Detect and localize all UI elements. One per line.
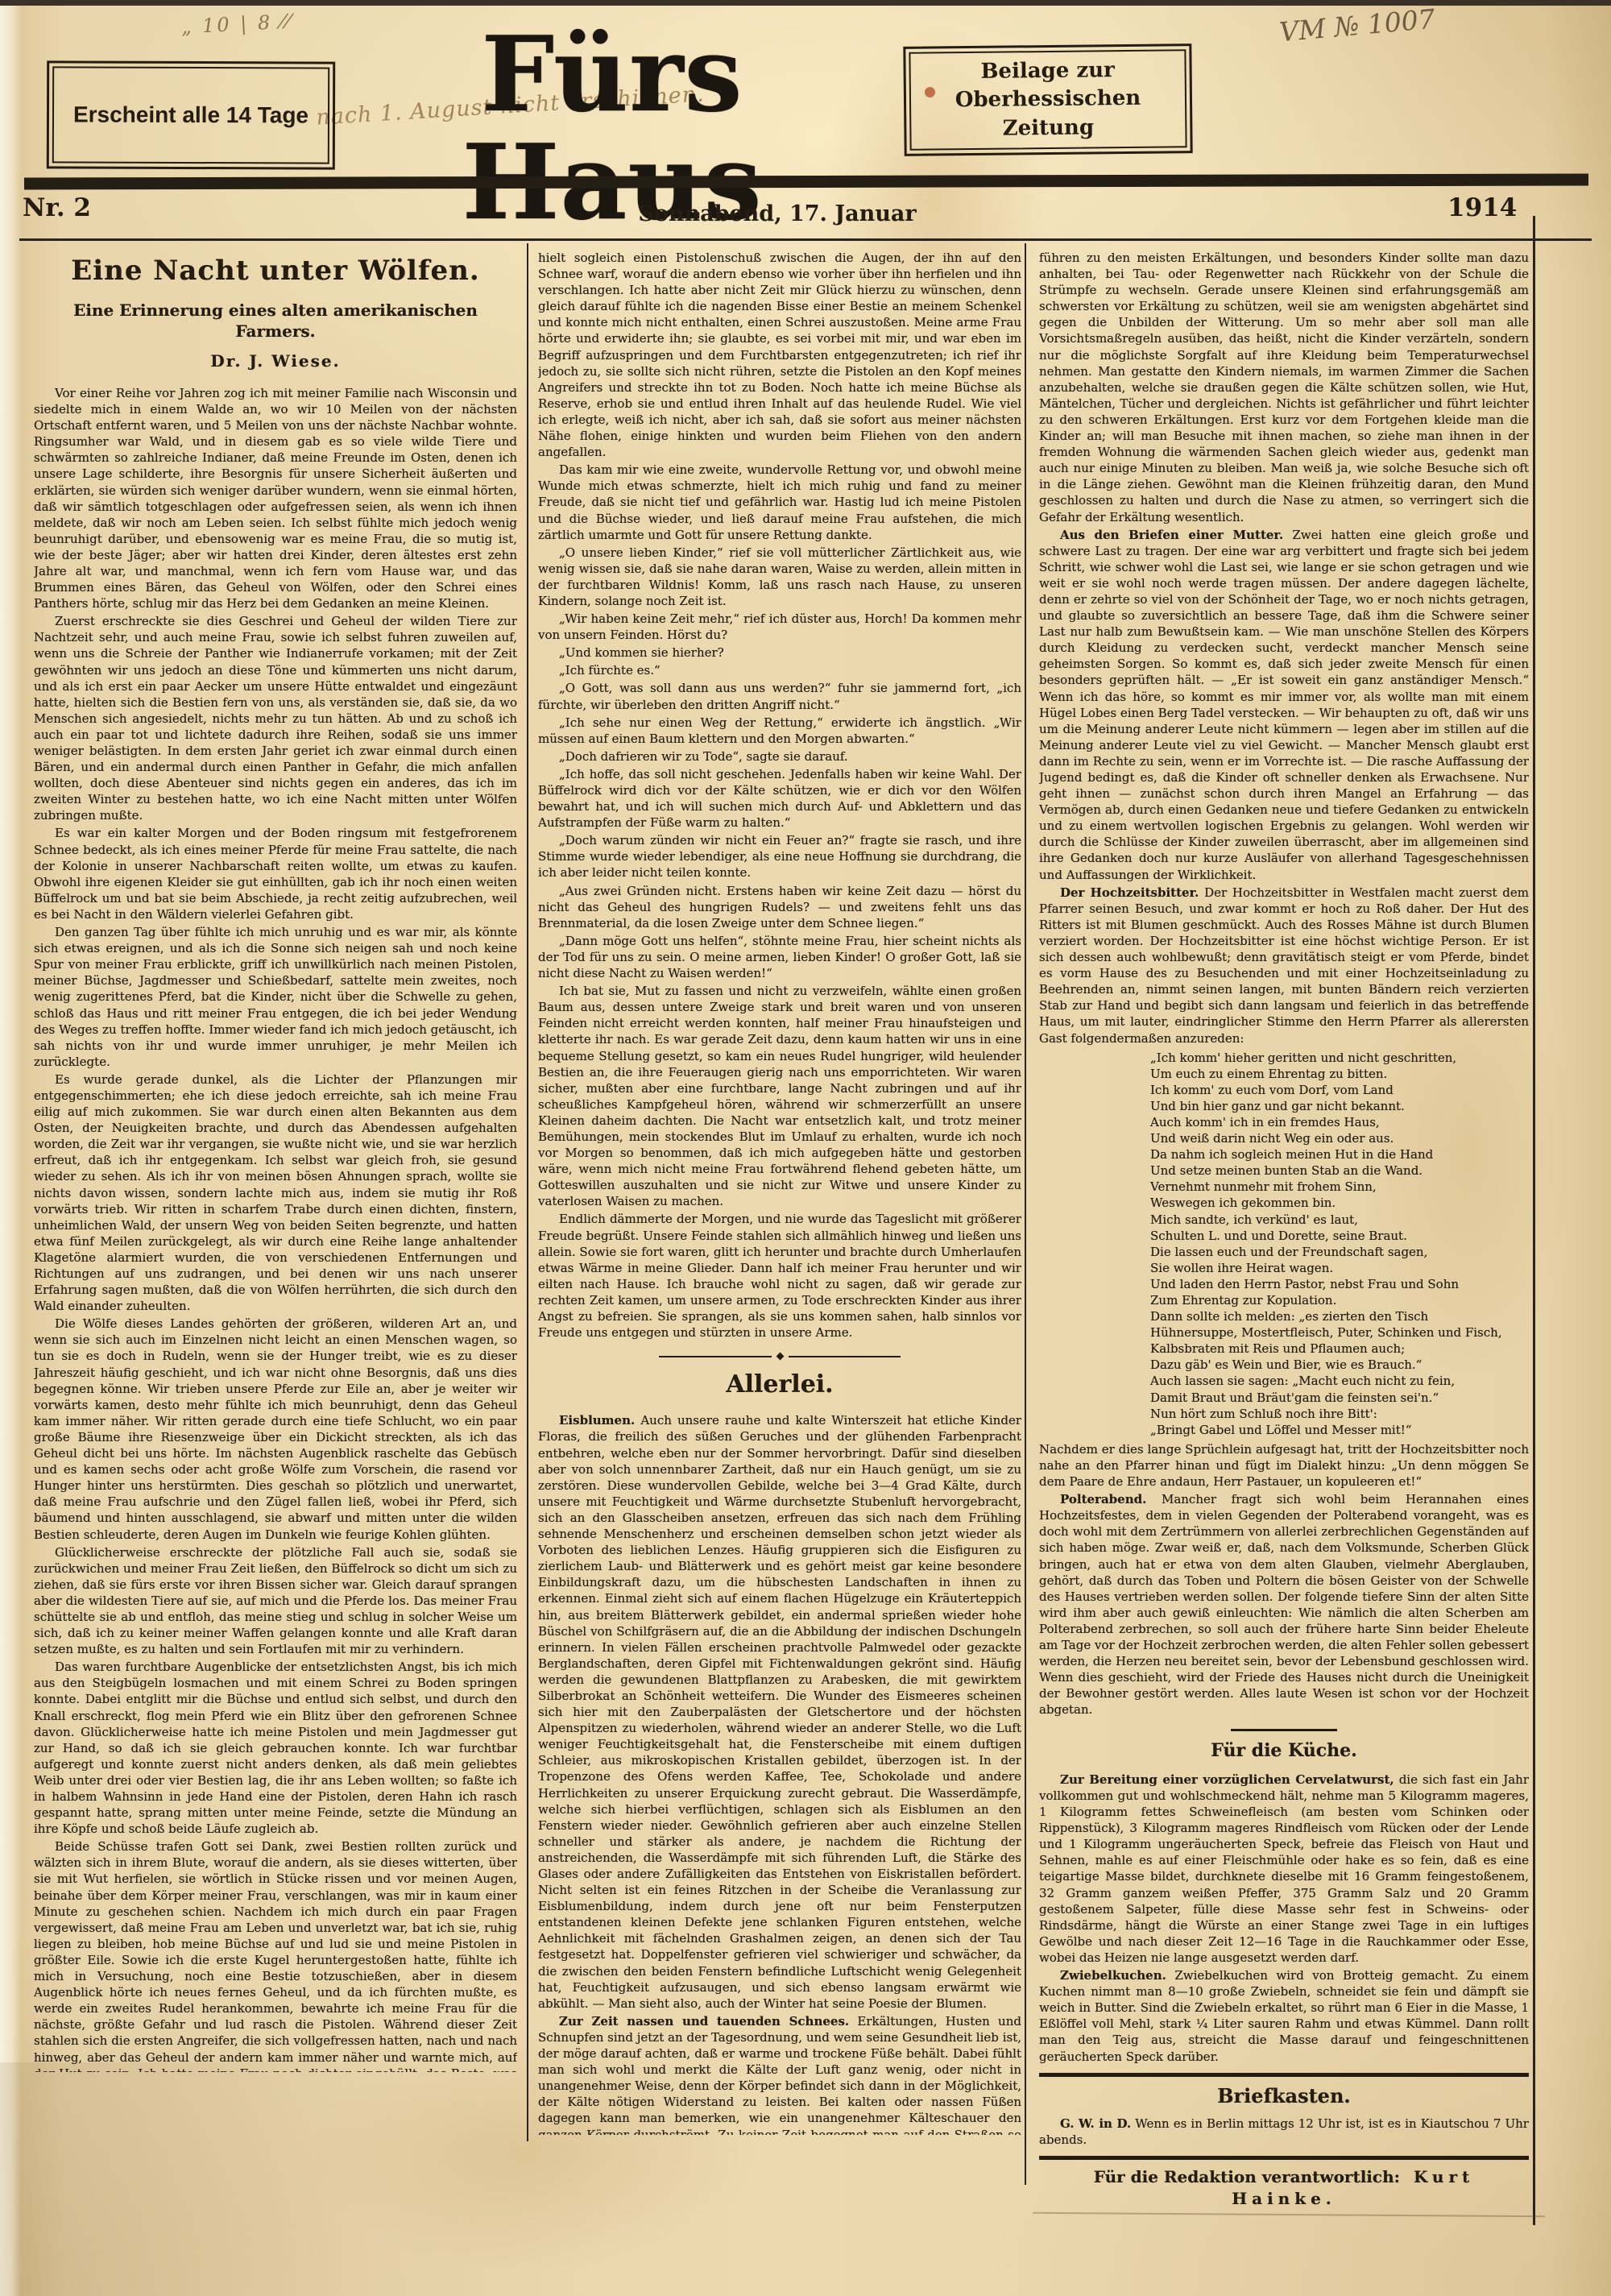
section-divider <box>659 1353 901 1359</box>
item-cervelatwurst: Zur Bereitung einer vorzüglichen Cervela… <box>1039 1772 1529 1966</box>
item-schnee: Zur Zeit nassen und tauenden Schnees. Er… <box>538 2013 1021 2135</box>
frequency-label: Erscheint alle 14 Tage <box>52 66 329 164</box>
item-hochzeitsbitter: Der Hochzeitsbitter. Der Hochzeitsbitter… <box>1039 885 1529 1046</box>
article-title: Eine Nacht unter Wölfen. <box>34 253 517 290</box>
item-text: Erkältungen, Husten und Schnupfen sind j… <box>538 2014 1021 2135</box>
poem-line: Hühnersuppe, Mostertfleisch, Puter, Schi… <box>1150 1324 1529 1341</box>
issue-year: 1914 <box>1447 193 1517 222</box>
dialog-line: „Ich sehe nur einen Weg der Rettung,“ er… <box>538 715 1021 747</box>
dateline-rule <box>19 238 1592 241</box>
poem-line: Dazu gäb' es Wein und Bier, wie es Brauc… <box>1150 1357 1529 1373</box>
masthead-rule <box>24 173 1588 189</box>
supplement-label: Beilage zurOberhessischen Zeitung <box>909 49 1187 151</box>
item-briefe-einer-mutter: Aus den Briefen einer Mutter. Zwei hatte… <box>1039 527 1529 883</box>
column-3: führen zu den meisten Erkältungen, und b… <box>1039 250 1529 2214</box>
imprint-label: Für die Redaktion verantwortlich: <box>1094 2167 1400 2186</box>
frequency-box: Erscheint alle 14 Tage <box>47 60 335 169</box>
poem-line: „Bringt Gabel und Löffel und Messer mit!… <box>1150 1422 1529 1438</box>
scan-edge-top <box>0 0 1611 6</box>
dialog-line: „Ich hoffe, das soll nicht geschehen. Je… <box>538 766 1021 831</box>
poem-line: Und laden den Herrn Pastor, nebst Frau u… <box>1150 1276 1529 1292</box>
item-text: Zwei hatten eine gleich große und schwer… <box>1039 528 1529 882</box>
article-subtitle: Eine Erinnerung eines alten amerikanisch… <box>34 300 517 343</box>
section-rule-heavy <box>1039 2073 1529 2077</box>
poem-line: Sie wollen ihre Heirat wagen. <box>1150 1260 1529 1276</box>
paragraph: Glücklicherweise erschreckte der plötzli… <box>34 1544 517 1658</box>
poem-line: Ich komm' zu euch vom Dorf, vom Land <box>1150 1082 1529 1098</box>
item-lead: Eisblumen. <box>559 1413 635 1428</box>
dialog-line: „Ich fürchte es.“ <box>538 662 1021 678</box>
poem-line: Auch lassen sie sagen: „Macht euch nicht… <box>1150 1373 1529 1389</box>
item-lead: Zwiebelkuchen. <box>1060 1968 1166 1983</box>
poem-line: Nun hört zum Schluß noch ihre Bitt': <box>1150 1406 1529 1422</box>
divider-ornament <box>776 1353 784 1361</box>
dialog-line: „Und kommen sie hierher? <box>538 644 1021 661</box>
column-divider <box>527 243 528 2141</box>
paragraph: Ich bat sie, Mut zu fassen und nicht zu … <box>538 983 1021 1209</box>
handwritten-corner-mark: VM № 1007 <box>1278 3 1436 48</box>
poem-line: Da nahm ich sogleich meinen Hut in die H… <box>1150 1146 1529 1163</box>
paper-crease <box>0 2062 628 2296</box>
paragraph: Zuerst erschreckte sie dies Geschrei und… <box>34 613 517 823</box>
section-rule-heavy <box>1039 2156 1529 2160</box>
newspaper-page: „ 10 | 8 ⁄⁄ nach 1. August nicht erschie… <box>0 0 1611 2296</box>
dialog-line: „Doch warum zünden wir nicht ein Feuer a… <box>538 832 1021 881</box>
paragraph-continuation: hielt sogleich einen Pistolenschuß zwisc… <box>538 250 1021 460</box>
poem-line: Auch komm' ich in ein fremdes Haus, <box>1150 1114 1529 1130</box>
section-title-briefkasten: Briefkasten. <box>1039 2083 1529 2109</box>
poem-line: Weswegen ich gekommen bin. <box>1150 1195 1529 1211</box>
article-author: Dr. J. Wiese. <box>34 350 517 372</box>
dialog-line: „Dann möge Gott uns helfen“, stöhnte mei… <box>538 933 1021 981</box>
poem-line: Vernehmt nunmehr mit frohem Sinn, <box>1150 1179 1529 1195</box>
item-text: Der Hochzeitsbitter in Westfalen macht z… <box>1039 885 1529 1046</box>
item-lead: Zur Bereitung einer vorzüglichen Cervela… <box>1060 1772 1394 1787</box>
item-briefkasten: G. W. in D. Wenn es in Berlin mittags 12… <box>1039 2116 1529 2148</box>
item-eisblumen: Eisblumen. Auch unsere rauhe und kalte W… <box>538 1412 1021 2011</box>
poem-line: Um euch zu einem Ehrentag zu bitten. <box>1150 1066 1529 1082</box>
poem-line: „Ich komm' hieher geritten und nicht ges… <box>1150 1050 1529 1066</box>
poem-line: Dann sollte ich melden: „es zierten den … <box>1150 1308 1529 1324</box>
poem-line: Die lassen euch und der Freundschaft sag… <box>1150 1244 1529 1260</box>
divider-bar <box>789 1356 901 1357</box>
poem-line: Schulten L. und und Dorette, seine Braut… <box>1150 1228 1529 1244</box>
supplement-box: Beilage zurOberhessischen Zeitung <box>903 44 1192 156</box>
item-lead: Zur Zeit nassen und tauenden Schnees. <box>559 2014 849 2029</box>
poem-line: Damit Braut und Bräut'gam die feinsten s… <box>1150 1390 1529 1406</box>
dialog-line: „O Gott, was soll dann aus uns werden?“ … <box>538 680 1021 712</box>
paragraph: Vor einer Reihe vor Jahren zog ich mit m… <box>34 385 517 611</box>
item-polterabend: Polterabend. Mancher fragt sich wohl bei… <box>1039 1491 1529 1718</box>
item-lead: Aus den Briefen einer Mutter. <box>1060 528 1283 542</box>
column-1: Eine Nacht unter Wölfen. Eine Erinnerung… <box>34 250 517 2072</box>
paragraph: Die Wölfe dieses Landes gehörten der grö… <box>34 1316 517 1542</box>
dialog-line: „Doch dafrieren wir zu Tode“, sagte sie … <box>538 748 1021 765</box>
item-zwiebelkuchen: Zwiebelkuchen. Zwiebelkuchen wird von Br… <box>1039 1967 1529 2065</box>
item-lead: Polterabend. <box>1060 1492 1146 1506</box>
item-text: die sich fast ein Jahr vollkommen gut un… <box>1039 1772 1529 1965</box>
paragraph: Nachdem er dies lange Sprüchlein aufgesa… <box>1039 1441 1529 1490</box>
page-edge-left <box>0 0 21 2296</box>
paragraph: Das waren furchtbare Augenblicke der ent… <box>34 1659 517 1837</box>
issue-date: Sonnabend, 17. Januar <box>516 201 1039 226</box>
paragraph: Es war ein kalter Morgen und der Boden r… <box>34 825 517 922</box>
paragraph: Endlich dämmerte der Morgen, und nie wur… <box>538 1211 1021 1341</box>
section-title-allerlei: Allerlei. <box>538 1369 1021 1401</box>
paragraph-continuation: führen zu den meisten Erkältungen, und b… <box>1039 250 1529 525</box>
handwritten-pencil-note: „ 10 | 8 ⁄⁄ <box>180 10 292 38</box>
imprint: Für die Redaktion verantwortlich: Kurt H… <box>1039 2166 1529 2210</box>
poem-line: Und weiß darin nicht Weg ein oder aus. <box>1150 1130 1529 1146</box>
poem-line: Mich sandte, ich verkünd' es laut, <box>1150 1212 1529 1228</box>
poem-line: Zum Ehrentag zur Kopulation. <box>1150 1292 1529 1308</box>
item-lead: Der Hochzeitsbitter. <box>1060 885 1199 900</box>
paragraph: Das kam mir wie eine zweite, wundervolle… <box>538 462 1021 542</box>
item-text: Mancher fragt sich wohl beim Herannahen … <box>1039 1492 1529 1717</box>
poem-line: Kalbsbraten mit Reis und Pflaumen auch; <box>1150 1341 1529 1357</box>
item-text: Auch unsere rauhe und kalte Winterszeit … <box>538 1413 1021 2010</box>
poem-line: Und setze meinen bunten Stab an die Wand… <box>1150 1163 1529 1179</box>
issue-number: Nr. 2 <box>23 193 91 222</box>
column-divider <box>1025 243 1026 2185</box>
paragraph: Es wurde gerade dunkel, als die Lichter … <box>34 1071 517 1314</box>
item-lead: G. W. in D. <box>1060 2116 1131 2131</box>
column-2: hielt sogleich einen Pistolenschuß zwisc… <box>538 250 1021 2135</box>
paragraph: „O unsere lieben Kinder,“ rief sie voll … <box>538 545 1021 609</box>
section-title-kueche: Für die Küche. <box>1039 1739 1529 1763</box>
dialog-line: „Wir haben keine Zeit mehr,“ rief ich dü… <box>538 611 1021 643</box>
dialog-line: „Aus zwei Gründen nicht. Erstens haben w… <box>538 883 1021 931</box>
paragraph: Beide Schüsse trafen Gott sei Dank, zwei… <box>34 1838 517 2072</box>
page-right-border <box>1533 216 1535 2225</box>
section-rule <box>1231 1729 1337 1731</box>
paragraph: Den ganzen Tag über fühlte ich mich unru… <box>34 924 517 1070</box>
divider-bar <box>659 1356 772 1357</box>
hochzeitsbitter-poem: „Ich komm' hieher geritten und nicht ges… <box>1150 1050 1529 1438</box>
poem-line: Und bin hier ganz und gar nicht bekannt. <box>1150 1098 1529 1114</box>
